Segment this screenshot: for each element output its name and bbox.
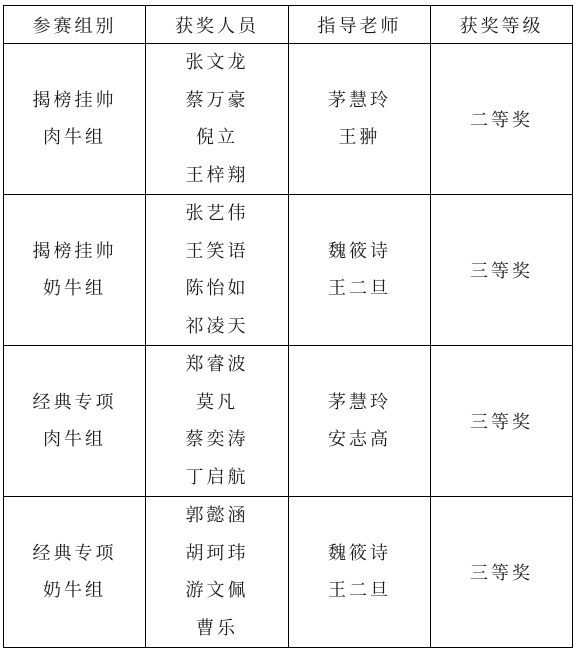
advisors-cell: 魏筱诗 王二旦 bbox=[289, 195, 431, 346]
winner-name: 陈怡如 bbox=[186, 270, 249, 308]
table-row: 经典专项 肉牛组 郑睿波 莫凡 蔡奕涛 丁启航 茅慧玲 安志高 bbox=[4, 346, 573, 497]
group-cell: 揭榜挂帅 奶牛组 bbox=[4, 195, 146, 346]
group-category: 肉牛组 bbox=[43, 119, 106, 157]
group-category: 肉牛组 bbox=[43, 421, 106, 459]
winner-name: 张文龙 bbox=[186, 44, 249, 82]
group-cell: 揭榜挂帅 肉牛组 bbox=[4, 44, 146, 195]
awards-table: 参赛组别 获奖人员 指导老师 获奖等级 揭榜挂帅 肉牛组 张文龙 蔡万豪 bbox=[3, 5, 573, 648]
advisor-name: 安志高 bbox=[328, 421, 391, 459]
group-category: 奶牛组 bbox=[43, 572, 106, 610]
advisor-name: 茅慧玲 bbox=[328, 82, 391, 120]
winner-name: 蔡奕涛 bbox=[186, 421, 249, 459]
advisor-name: 茅慧玲 bbox=[328, 384, 391, 422]
table-row: 揭榜挂帅 肉牛组 张文龙 蔡万豪 倪立 王梓翔 茅慧玲 王翀 bbox=[4, 44, 573, 195]
group-name: 经典专项 bbox=[33, 384, 117, 422]
award-level-cell: 二等奖 bbox=[431, 44, 573, 195]
header-advisors: 指导老师 bbox=[289, 6, 431, 44]
advisor-name: 王翀 bbox=[339, 119, 381, 157]
winner-name: 莫凡 bbox=[196, 384, 238, 422]
winner-name: 郭懿涵 bbox=[186, 497, 249, 535]
winner-name: 胡珂玮 bbox=[186, 535, 249, 573]
header-winners: 获奖人员 bbox=[146, 6, 289, 44]
advisor-name: 魏筱诗 bbox=[328, 535, 391, 573]
winner-name: 倪立 bbox=[196, 119, 238, 157]
winner-name: 王梓翔 bbox=[186, 157, 249, 195]
winner-name: 王笑语 bbox=[186, 233, 249, 271]
advisor-name: 王二旦 bbox=[328, 572, 391, 610]
award-level-cell: 三等奖 bbox=[431, 346, 573, 497]
winners-cell: 张文龙 蔡万豪 倪立 王梓翔 bbox=[146, 44, 289, 195]
winner-name: 游文佩 bbox=[186, 572, 249, 610]
group-name: 揭榜挂帅 bbox=[33, 82, 117, 120]
winners-cell: 张艺伟 王笑语 陈怡如 祁凌天 bbox=[146, 195, 289, 346]
winner-name: 祁凌天 bbox=[186, 308, 249, 346]
table-row: 揭榜挂帅 奶牛组 张艺伟 王笑语 陈怡如 祁凌天 魏筱诗 王二旦 bbox=[4, 195, 573, 346]
header-award-level: 获奖等级 bbox=[431, 6, 573, 44]
award-level-cell: 三等奖 bbox=[431, 195, 573, 346]
winner-name: 曹乐 bbox=[196, 610, 238, 648]
group-name: 经典专项 bbox=[33, 535, 117, 573]
group-cell: 经典专项 奶牛组 bbox=[4, 497, 146, 648]
winners-cell: 郑睿波 莫凡 蔡奕涛 丁启航 bbox=[146, 346, 289, 497]
advisors-cell: 茅慧玲 王翀 bbox=[289, 44, 431, 195]
winner-name: 蔡万豪 bbox=[186, 82, 249, 120]
group-cell: 经典专项 肉牛组 bbox=[4, 346, 146, 497]
award-level-cell: 三等奖 bbox=[431, 497, 573, 648]
header-group: 参赛组别 bbox=[4, 6, 146, 44]
winners-cell: 郭懿涵 胡珂玮 游文佩 曹乐 bbox=[146, 497, 289, 648]
header-row: 参赛组别 获奖人员 指导老师 获奖等级 bbox=[4, 6, 573, 44]
table-row: 经典专项 奶牛组 郭懿涵 胡珂玮 游文佩 曹乐 魏筱诗 王二旦 bbox=[4, 497, 573, 648]
winner-name: 丁启航 bbox=[186, 459, 249, 497]
advisors-cell: 魏筱诗 王二旦 bbox=[289, 497, 431, 648]
winner-name: 郑睿波 bbox=[186, 346, 249, 384]
group-name: 揭榜挂帅 bbox=[33, 233, 117, 271]
document-page: 参赛组别 获奖人员 指导老师 获奖等级 揭榜挂帅 肉牛组 张文龙 蔡万豪 bbox=[0, 0, 576, 648]
advisors-cell: 茅慧玲 安志高 bbox=[289, 346, 431, 497]
group-category: 奶牛组 bbox=[43, 270, 106, 308]
advisor-name: 王二旦 bbox=[328, 270, 391, 308]
winner-name: 张艺伟 bbox=[186, 195, 249, 233]
advisor-name: 魏筱诗 bbox=[328, 233, 391, 271]
